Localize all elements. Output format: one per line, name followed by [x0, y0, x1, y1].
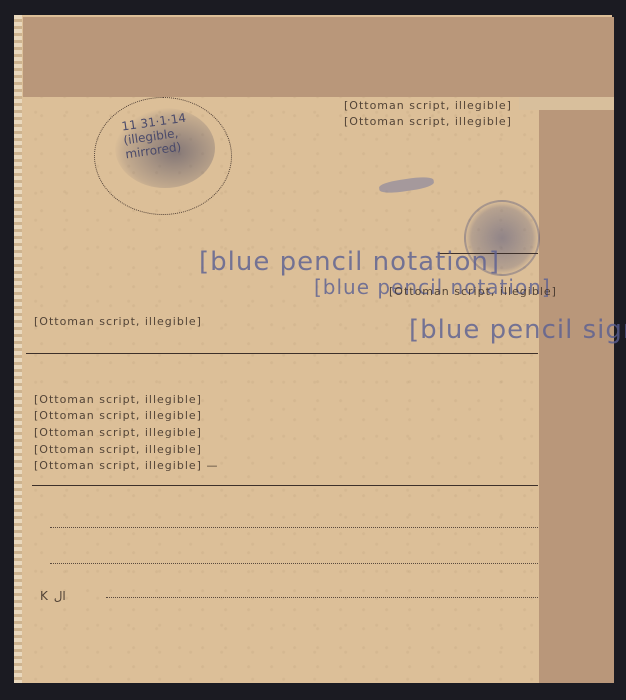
tape-strip-top — [23, 17, 614, 97]
address-line-small: [Ottoman script, illegible] — [389, 285, 557, 298]
divider-rule-1 — [26, 353, 538, 354]
body-line-2: [Ottoman script, illegible] — [34, 409, 202, 422]
body-line-3: [Ottoman script, illegible] — [34, 426, 202, 439]
document-sheet: 11 31·1·14 (illegible, mirrored) [Ottoma… — [14, 15, 612, 683]
dotted-line-1 — [50, 527, 538, 528]
header-handwriting-line-2: [Ottoman script, illegible] — [344, 115, 512, 128]
footer-mark: K ال — [40, 589, 66, 603]
blue-notation-1: [blue pencil notation] — [199, 247, 500, 277]
dotted-line-3 — [106, 597, 538, 598]
body-line-1: [Ottoman script, illegible] — [34, 393, 202, 406]
perforated-edge — [14, 15, 22, 683]
address-line-main: [Ottoman script, illegible] — [34, 315, 202, 328]
dotted-line-2 — [50, 563, 538, 564]
divider-rule-2 — [32, 485, 538, 486]
paper-strip — [519, 97, 614, 110]
body-line-4: [Ottoman script, illegible] — [34, 443, 202, 456]
blue-signature: [blue pencil signature] — [409, 315, 626, 345]
body-line-5: [Ottoman script, illegible] — — [34, 459, 218, 472]
header-handwriting-line-1: [Ottoman script, illegible] — [344, 99, 512, 112]
postmark-stamp: 11 31·1·14 (illegible, mirrored) — [94, 97, 232, 215]
tape-strip-right — [539, 110, 614, 683]
blue-smudge — [378, 175, 434, 195]
